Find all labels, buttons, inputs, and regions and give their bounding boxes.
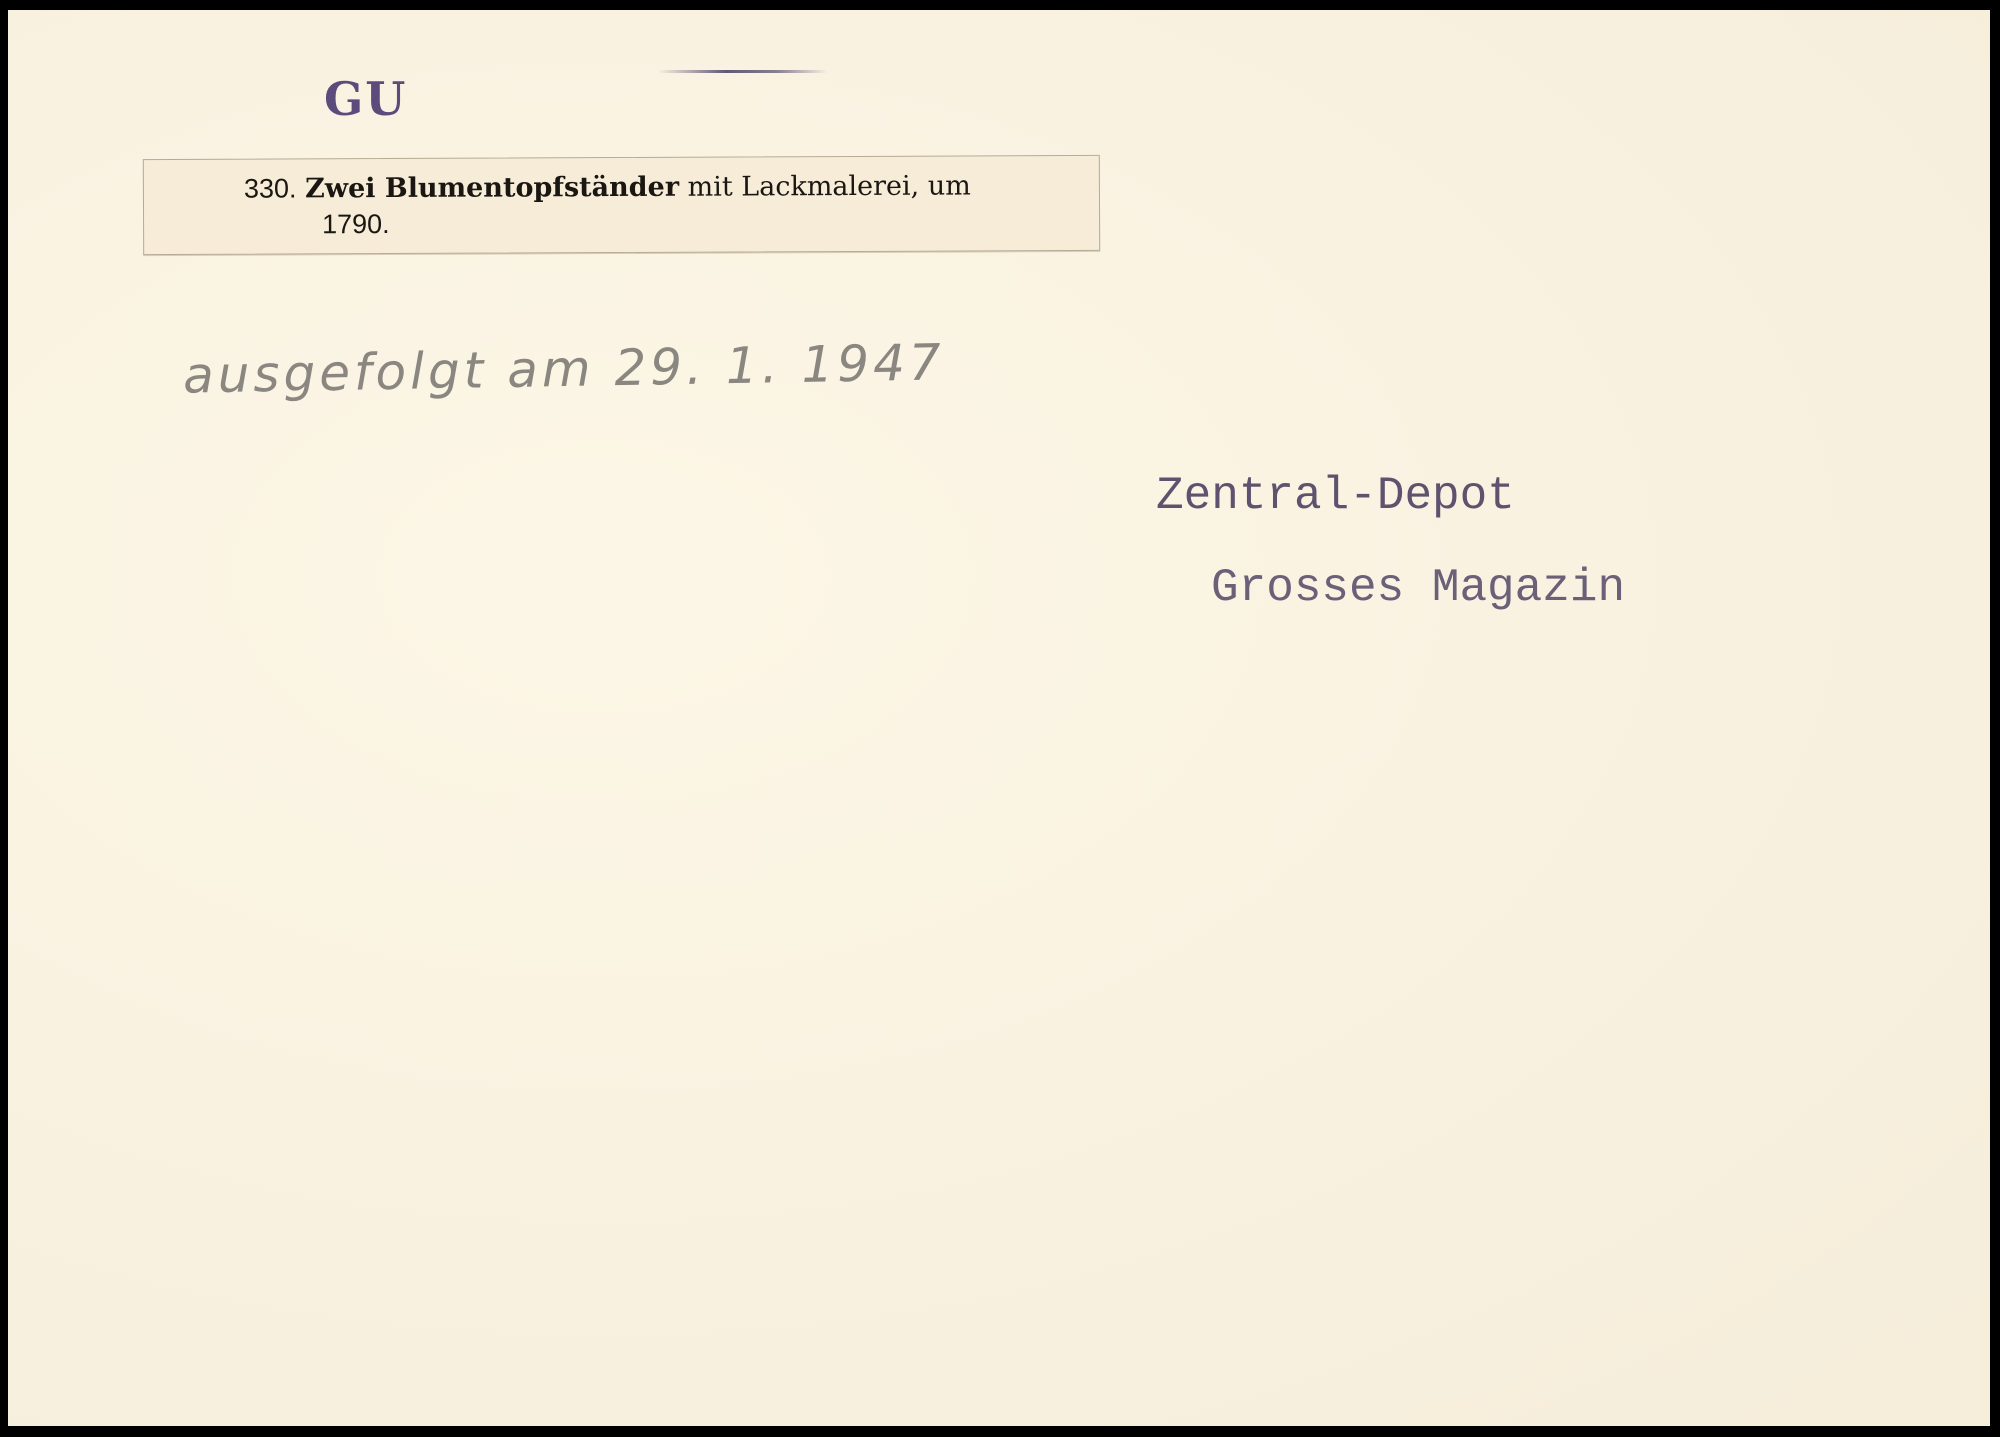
catalog-title-rest: mit Lackmalerei, um — [679, 170, 971, 202]
catalog-number: 330. — [244, 173, 297, 203]
catalog-title: Zwei Blumentopfständer — [305, 172, 679, 205]
handwritten-note: ausgefolgt am 29. 1. 1947 — [183, 333, 946, 404]
ink-smudge — [658, 70, 828, 73]
gu-stamp: GU — [324, 72, 407, 126]
depot-stamp-line-2: Grosses Magazin — [1211, 562, 1625, 614]
depot-stamp-line-1: Zentral-Depot — [1156, 470, 1515, 522]
archive-card: GU 330. Zwei Blumentopfständer mit Lackm… — [8, 10, 1990, 1426]
catalog-clipping: 330. Zwei Blumentopfständer mit Lackmale… — [143, 155, 1100, 255]
clipping-line-1: 330. Zwei Blumentopfständer mit Lackmale… — [244, 170, 971, 204]
clipping-line-2: 1790. — [322, 209, 390, 240]
